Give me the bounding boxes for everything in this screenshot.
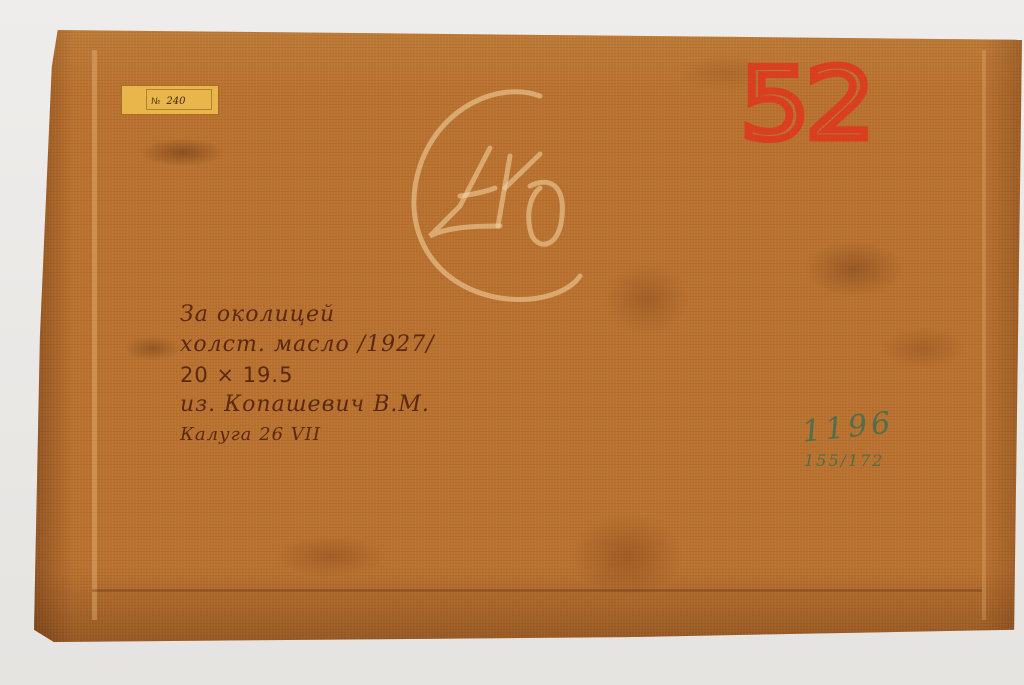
stretcher-mark-bottom <box>92 589 982 592</box>
red-inventory-number: 52 <box>740 56 871 154</box>
green-pencil-notes: 1196 155/172 <box>794 410 894 470</box>
inscription-medium-year: холст. масло /1927/ <box>180 330 435 360</box>
inscription-place-date: Калуга 26 VII <box>180 420 435 450</box>
green-note-number: 1196 <box>800 405 896 449</box>
inventory-label: № 240 <box>122 86 218 114</box>
inscription-title: За околицей <box>180 300 435 330</box>
stretcher-mark-right <box>982 50 986 620</box>
canvas-back: № 240 52 За околицей холст. масло /1927/… <box>34 30 1022 642</box>
handwritten-inscription: За околицей холст. масло /1927/ 20 × 19.… <box>180 300 435 450</box>
inventory-label-frame: № 240 <box>146 89 212 110</box>
inscription-provenance: из. Копашевич В.М. <box>180 390 435 420</box>
inscription-dimensions: 20 × 19.5 <box>180 360 435 390</box>
label-number-prefix: № <box>151 97 160 107</box>
green-note-fraction: 155/172 <box>804 451 894 470</box>
label-number: 240 <box>166 96 185 107</box>
stretcher-mark-left <box>92 50 97 620</box>
